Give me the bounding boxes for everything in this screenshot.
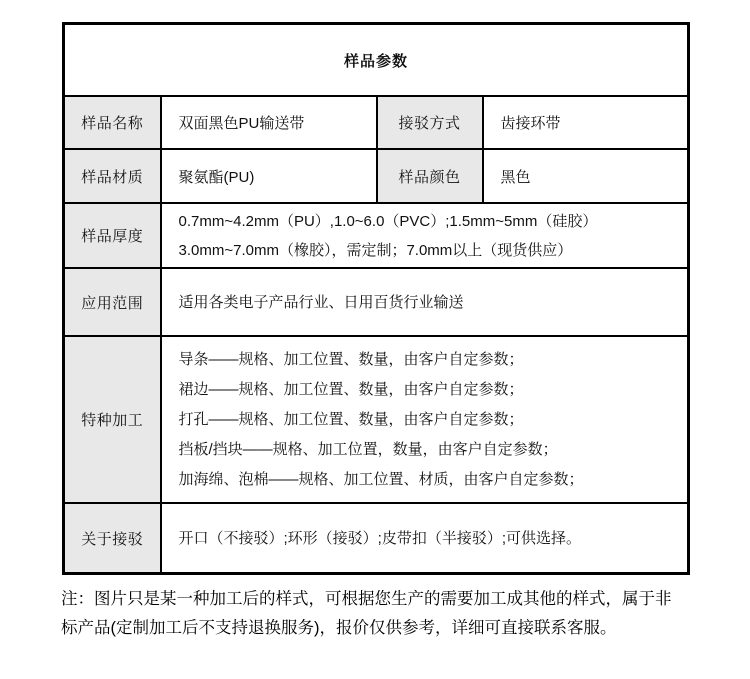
value-sample-thickness: 0.7mm~4.2mm（PU）,1.0~6.0（PVC）;1.5mm~5mm（硅… [161,203,689,268]
application-line-1: 适用各类电子产品行业、日用百货行业输送 [179,288,682,317]
value-sample-name: 双面黑色PU输送带 [161,96,377,149]
value-special-processing: 导条——规格、加工位置、数量，由客户自定参数； 裙边——规格、加工位置、数量，由… [161,336,689,503]
spec-table: 样品参数 样品名称 双面黑色PU输送带 接驳方式 齿接环带 样品材质 聚氨酯(P… [62,22,690,575]
value-sample-color: 黑色 [483,149,689,203]
table-row: 特种加工 导条——规格、加工位置、数量，由客户自定参数； 裙边——规格、加工位置… [64,336,689,503]
value-joint-method: 齿接环带 [483,96,689,149]
table-row: 样品名称 双面黑色PU输送带 接驳方式 齿接环带 [64,96,689,149]
table-row: 样品厚度 0.7mm~4.2mm（PU）,1.0~6.0（PVC）;1.5mm~… [64,203,689,268]
table-row: 样品材质 聚氨酯(PU) 样品颜色 黑色 [64,149,689,203]
label-about-joint: 关于接驳 [64,503,161,574]
table-row: 样品参数 [64,24,689,97]
value-sample-material: 聚氨酯(PU) [161,149,377,203]
table-title: 样品参数 [64,24,689,97]
footer-note-line-2: 标产品(定制加工后不支持退换服务)，报价仅供参考，详细可直接联系客服。 [61,614,709,643]
thickness-line-2: 3.0mm~7.0mm（橡胶），需定制；7.0mm以上（现货供应） [179,236,682,265]
special-line-3: 打孔——规格、加工位置、数量，由客户自定参数； [179,405,682,435]
table-row: 应用范围 适用各类电子产品行业、日用百货行业输送 [64,268,689,336]
special-line-1: 导条——规格、加工位置、数量，由客户自定参数； [179,345,682,375]
special-line-4: 挡板/挡块——规格、加工位置，数量，由客户自定参数； [179,435,682,465]
value-about-joint: 开口（不接驳）;环形（接驳）;皮带扣（半接驳）;可供选择。 [161,503,689,574]
label-sample-name: 样品名称 [64,96,161,149]
thickness-line-1: 0.7mm~4.2mm（PU）,1.0~6.0（PVC）;1.5mm~5mm（硅… [179,207,682,236]
label-application-scope: 应用范围 [64,268,161,336]
label-sample-color: 样品颜色 [377,149,483,203]
label-joint-method: 接驳方式 [377,96,483,149]
table-row: 关于接驳 开口（不接驳）;环形（接驳）;皮带扣（半接驳）;可供选择。 [64,503,689,574]
label-sample-material: 样品材质 [64,149,161,203]
special-line-2: 裙边——规格、加工位置、数量，由客户自定参数； [179,375,682,405]
footer-note-line-1: 注：图片只是某一种加工后的样式，可根据您生产的需要加工成其他的样式，属于非 [61,585,709,614]
label-special-processing: 特种加工 [64,336,161,503]
joint-line-1: 开口（不接驳）;环形（接驳）;皮带扣（半接驳）;可供选择。 [179,524,682,553]
product-spec-sheet: 样品参数 样品名称 双面黑色PU输送带 接驳方式 齿接环带 样品材质 聚氨酯(P… [0,0,750,679]
label-sample-thickness: 样品厚度 [64,203,161,268]
value-application-scope: 适用各类电子产品行业、日用百货行业输送 [161,268,689,336]
special-line-5: 加海绵、泡棉——规格、加工位置、材质，由客户自定参数； [179,465,682,495]
footer-note: 注：图片只是某一种加工后的样式，可根据您生产的需要加工成其他的样式，属于非 标产… [61,585,709,643]
